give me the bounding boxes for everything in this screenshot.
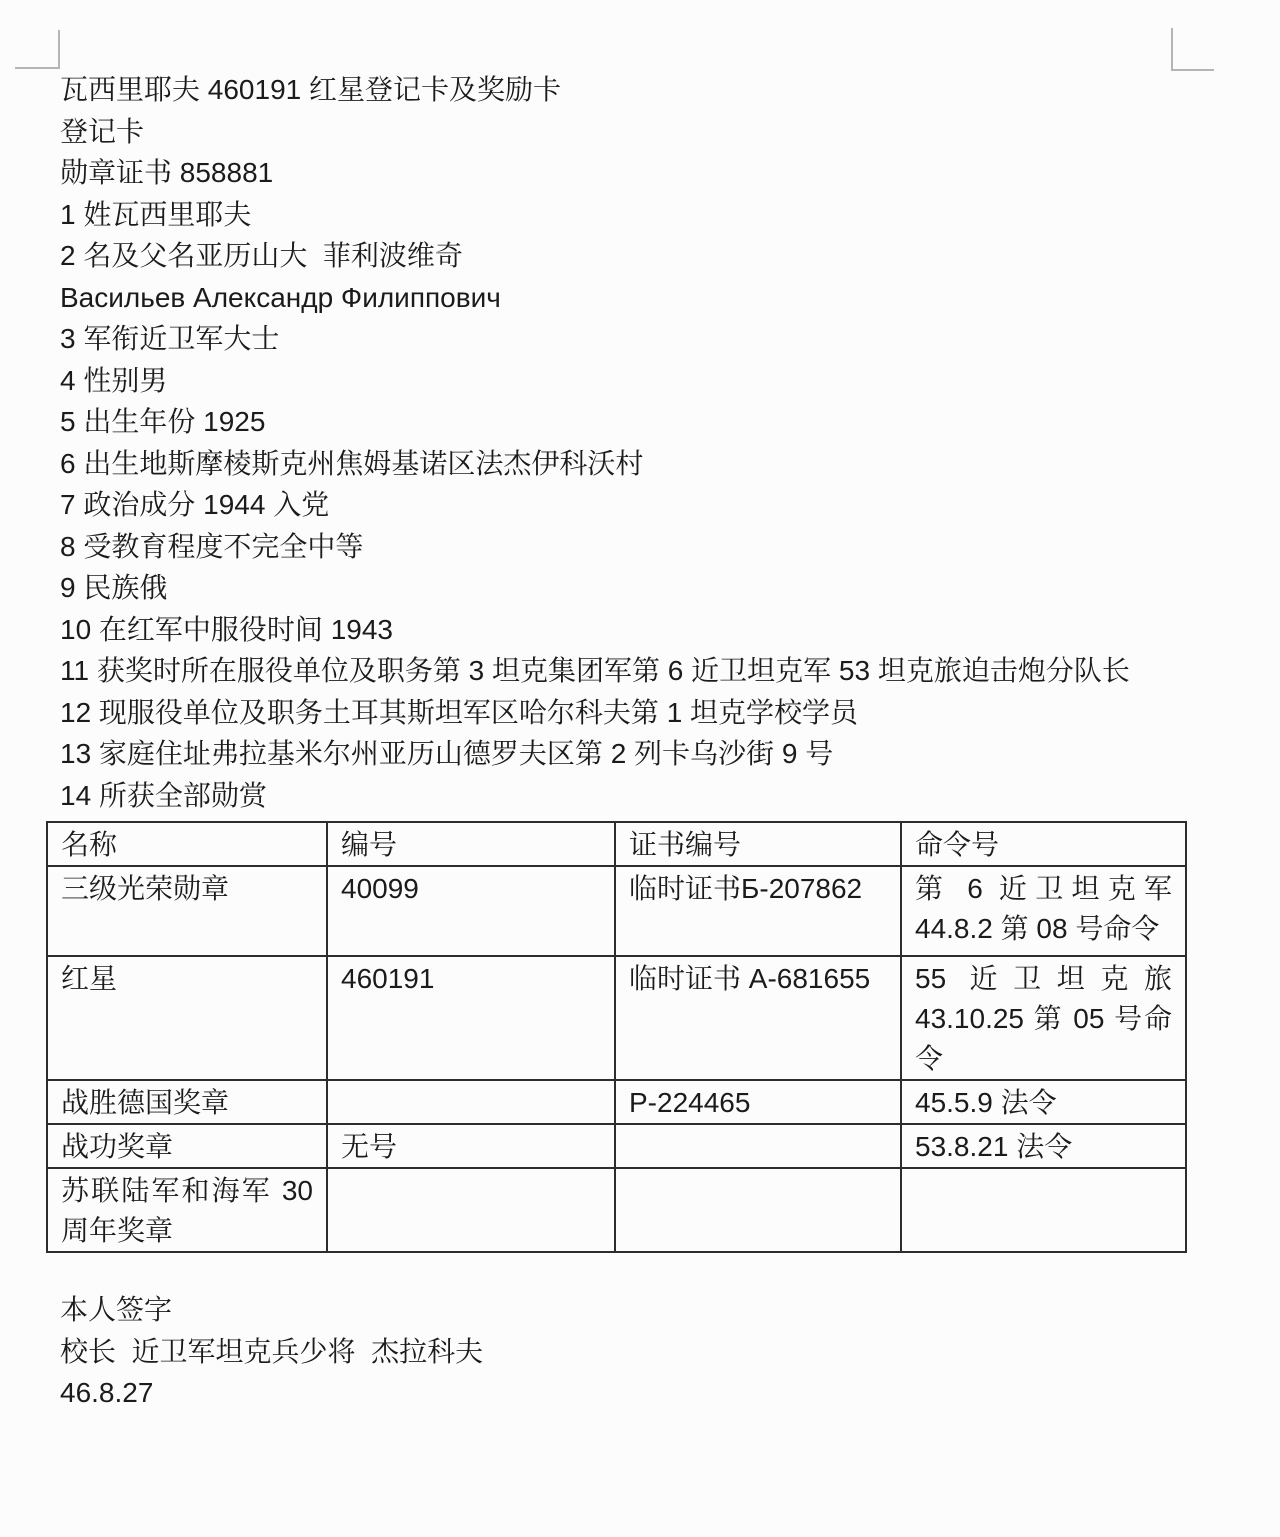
header-cell-name: 名称 <box>47 822 327 866</box>
title-line: 瓦西里耶夫 460191 红星登记卡及奖励卡 <box>60 69 1250 111</box>
table-cell: 460191 <box>327 956 615 1080</box>
table-cell: 三级光荣勋章 <box>47 866 327 956</box>
awards-table-header-row: 名称 编号 证书编号 命令号 <box>47 822 1186 866</box>
field-14-awards-heading: 14 所获全部勋赏 <box>60 775 1250 817</box>
page-margin-mark-top-right <box>1171 28 1214 71</box>
table-cell: 无号 <box>327 1124 615 1168</box>
date-line: 46.8.27 <box>60 1372 1250 1414</box>
table-row: 红星 460191 临时证书 A-681655 55 近卫坦克旅 43.10.2… <box>47 956 1186 1080</box>
document-page: { "page": { "background_color": "#fcfcfc… <box>0 0 1280 1537</box>
document-body-text: 瓦西里耶夫 460191 红星登记卡及奖励卡 登记卡 勋章证书 858881 1… <box>60 69 1250 816</box>
field-8-education: 8 受教育程度不完全中等 <box>60 526 1250 568</box>
field-1-surname: 1 姓瓦西里耶夫 <box>60 194 1250 236</box>
table-cell: P-224465 <box>615 1080 901 1124</box>
field-11-unit-at-award: 11 获奖时所在服役单位及职务第 3 坦克集团军第 6 近卫坦克军 53 坦克旅… <box>60 650 1250 692</box>
table-cell: 临时证书 A-681655 <box>615 956 901 1080</box>
table-cell: 临时证书Б-207862 <box>615 866 901 956</box>
table-cell <box>327 1168 615 1252</box>
table-row: 三级光荣勋章 40099 临时证书Б-207862 第 6 近卫坦克军 44.8… <box>47 866 1186 956</box>
table-cell: 45.5.9 法令 <box>901 1080 1186 1124</box>
field-5-birth-year: 5 出生年份 1925 <box>60 401 1250 443</box>
field-9-ethnicity: 9 民族俄 <box>60 567 1250 609</box>
signature-line: 本人签字 <box>60 1289 1250 1331</box>
russian-name-line: Васильев Александр Филиппович <box>60 277 1250 319</box>
signature-block: 本人签字 校长 近卫军坦克兵少将 杰拉科夫 46.8.27 <box>60 1289 1250 1414</box>
table-cell: 苏联陆军和海军 30 周年奖章 <box>47 1168 327 1252</box>
subtitle-line: 登记卡 <box>60 111 1250 153</box>
header-cell-certificate-number: 证书编号 <box>615 822 901 866</box>
field-13-home-address: 13 家庭住址弗拉基米尔州亚历山德罗夫区第 2 列卡乌沙街 9 号 <box>60 733 1250 775</box>
table-cell: 55 近卫坦克旅 43.10.25 第 05 号命令 <box>901 956 1186 1080</box>
principal-signature-line: 校长 近卫军坦克兵少将 杰拉科夫 <box>60 1331 1250 1373</box>
table-cell <box>615 1168 901 1252</box>
header-cell-number: 编号 <box>327 822 615 866</box>
table-cell <box>327 1080 615 1124</box>
certificate-number-line: 勋章证书 858881 <box>60 152 1250 194</box>
table-cell: 53.8.21 法令 <box>901 1124 1186 1168</box>
table-cell: 第 6 近卫坦克军 44.8.2 第 08 号命令 <box>901 866 1186 956</box>
table-cell <box>901 1168 1186 1252</box>
table-cell: 红星 <box>47 956 327 1080</box>
table-row: 苏联陆军和海军 30 周年奖章 <box>47 1168 1186 1252</box>
table-cell: 40099 <box>327 866 615 956</box>
table-cell <box>615 1124 901 1168</box>
field-12-current-unit: 12 现服役单位及职务土耳其斯坦军区哈尔科夫第 1 坦克学校学员 <box>60 692 1250 734</box>
page-margin-mark-top-left <box>15 30 60 69</box>
field-6-birthplace: 6 出生地斯摩棱斯克州焦姆基诺区法杰伊科沃村 <box>60 443 1250 485</box>
awards-table: 名称 编号 证书编号 命令号 三级光荣勋章 40099 临时证书Б-207862… <box>46 821 1187 1253</box>
table-row: 战胜德国奖章 P-224465 45.5.9 法令 <box>47 1080 1186 1124</box>
field-4-gender: 4 性别男 <box>60 360 1250 402</box>
field-3-rank: 3 军衔近卫军大士 <box>60 318 1250 360</box>
table-cell: 战胜德国奖章 <box>47 1080 327 1124</box>
field-7-political-status: 7 政治成分 1944 入党 <box>60 484 1250 526</box>
field-10-service-since: 10 在红军中服役时间 1943 <box>60 609 1250 651</box>
header-cell-order-number: 命令号 <box>901 822 1186 866</box>
table-cell: 战功奖章 <box>47 1124 327 1168</box>
field-2-given-name: 2 名及父名亚历山大 菲利波维奇 <box>60 235 1250 277</box>
table-row: 战功奖章 无号 53.8.21 法令 <box>47 1124 1186 1168</box>
